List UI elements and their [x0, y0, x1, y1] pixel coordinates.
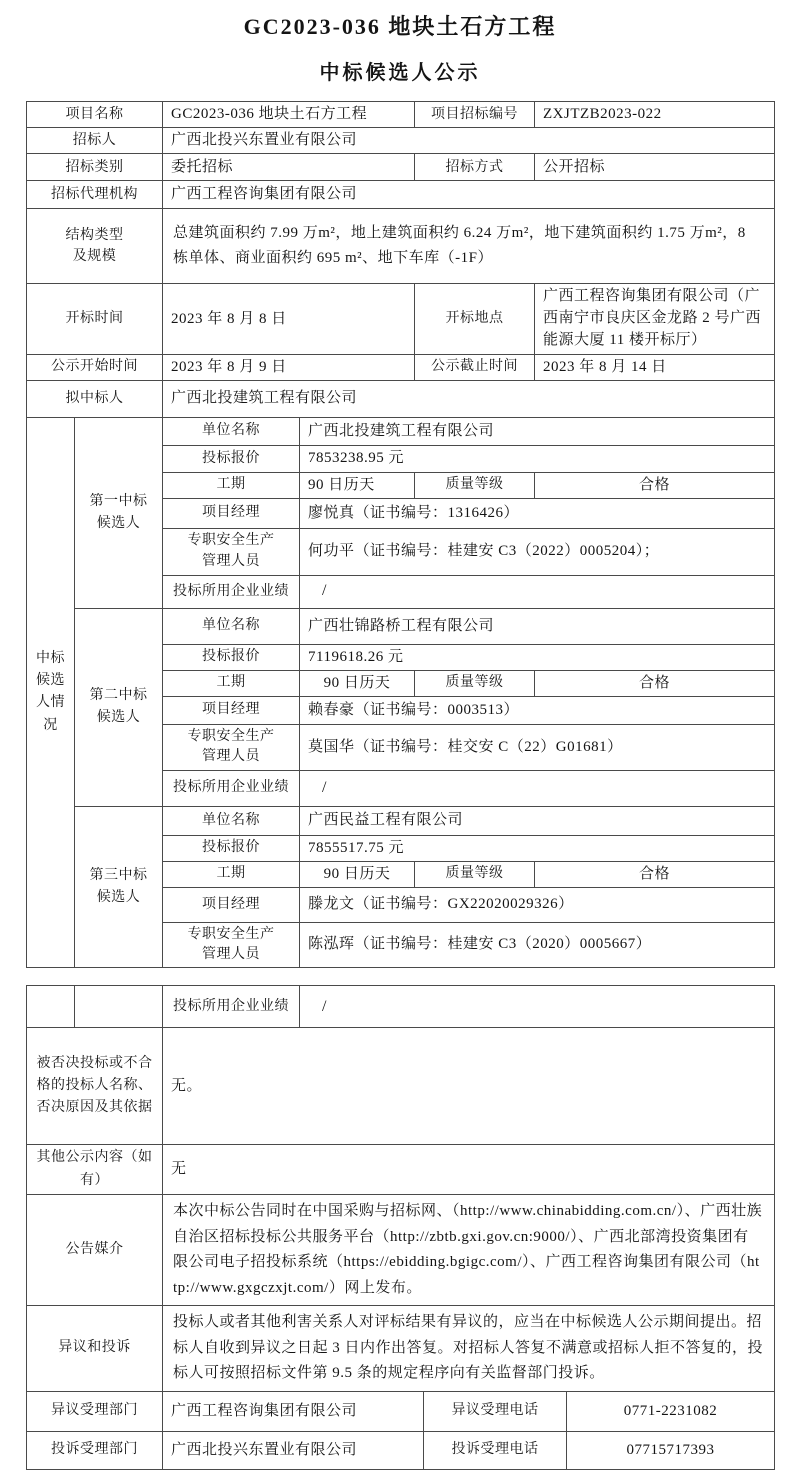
table-row: 公示开始时间 2023 年 8 月 9 日 公示截止时间 2023 年 8 月 …: [27, 354, 775, 380]
publicity-start-label: 公示开始时间: [27, 354, 163, 380]
candidate-2-safety-label-text: 专职安全生产管理人员: [186, 727, 276, 768]
publicity-start-value: 2023 年 8 月 9 日: [163, 354, 415, 380]
candidate-3-company-value: 广西民益工程有限公司: [300, 806, 775, 835]
candidate-3-duration-label: 工期: [163, 861, 300, 887]
publicity-end-value: 2023 年 8 月 14 日: [535, 354, 775, 380]
supplementary-table: 投标所用企业业绩 / 被否决投标或不合格的投标人名称、否决原因及其依据 无。 其…: [26, 985, 775, 1469]
candidate-1-rank-text: 第一中标候选人: [88, 491, 150, 534]
candidate-3-quality-value: 合格: [535, 861, 775, 887]
table-row: 招标代理机构 广西工程咨询集团有限公司: [27, 181, 775, 209]
candidate-1-safety-value: 何功平（证书编号：桂建安 C3（2022）0005204）；: [300, 528, 775, 575]
other-content-label: 其他公示内容（如有）: [27, 1145, 163, 1195]
rejected-bidders-label: 被否决投标或不合格的投标人名称、否决原因及其依据: [27, 1028, 163, 1145]
table-row: 被否决投标或不合格的投标人名称、否决原因及其依据 无。: [27, 1028, 775, 1145]
table-row: 异议受理部门 广西工程咨询集团有限公司 异议受理电话 0771-2231082: [27, 1391, 775, 1431]
objection-dept-value: 广西工程咨询集团有限公司: [163, 1391, 424, 1431]
structure-value: 总建筑面积约 7.99 万m²，地上建筑面积约 6.24 万m²，地下建筑面积约…: [163, 209, 775, 284]
method-value: 公开招标: [535, 154, 775, 181]
candidate-3-safety-value: 陈泓珲（证书编号：桂建安 C3（2020）0005667）: [300, 922, 775, 968]
candidate-2-performance-label: 投标所用企业业绩: [163, 770, 300, 806]
structure-label-text: 结构类型及规模: [64, 225, 126, 268]
publicity-end-label: 公示截止时间: [415, 354, 535, 380]
candidate-3-company-label: 单位名称: [163, 806, 300, 835]
table-row: 其他公示内容（如有） 无: [27, 1145, 775, 1195]
candidate-3-manager-value: 滕龙文（证书编号：GX22020029326）: [300, 887, 775, 922]
table-row: 第二中标候选人 单位名称 广西壮锦路桥工程有限公司: [27, 608, 775, 644]
table-row: 投诉受理部门 广西北投兴东置业有限公司 投诉受理电话 07715717393: [27, 1431, 775, 1469]
candidate-3-rank-text: 第三中标候选人: [88, 865, 150, 908]
proposed-winner-value: 广西北投建筑工程有限公司: [163, 380, 775, 417]
table-row: 结构类型及规模 总建筑面积约 7.99 万m²，地上建筑面积约 6.24 万m²…: [27, 209, 775, 284]
candidate-1-safety-label: 专职安全生产管理人员: [163, 528, 300, 575]
candidate-3-price-label: 投标报价: [163, 835, 300, 861]
candidate-2-quality-label: 质量等级: [415, 670, 535, 696]
candidate-3-quality-label: 质量等级: [415, 861, 535, 887]
tenderee-label: 招标人: [27, 128, 163, 154]
candidate-2-manager-value: 赖春豪（证书编号：0003513）: [300, 696, 775, 724]
page-subtitle: 中标候选人公示: [0, 61, 800, 85]
open-place-value: 广西工程咨询集团有限公司（广西南宁市良庆区金龙路 2 号广西能源大厦 11 楼开…: [535, 284, 775, 354]
candidate-2-price-value: 7119618.26 元: [300, 644, 775, 670]
other-content-value: 无: [163, 1145, 775, 1195]
objection-phone-value: 0771-2231082: [567, 1391, 775, 1431]
announcement-page: GC2023-036 地块土石方工程 中标候选人公示 项目名称 GC2023-0…: [0, 0, 800, 1470]
candidate-2-rank-label: 第二中标候选人: [75, 608, 163, 806]
table-row: 开标时间 2023 年 8 月 8 日 开标地点 广西工程咨询集团有限公司（广西…: [27, 284, 775, 354]
candidate-1-quality-value: 合格: [535, 472, 775, 498]
table-row: 中标候选人情况 第一中标候选人 单位名称 广西北投建筑工程有限公司: [27, 417, 775, 445]
objection-phone-label: 异议受理电话: [424, 1391, 567, 1431]
candidate-1-duration-label: 工期: [163, 472, 300, 498]
objection-value: 投标人或者其他利害关系人对评标结果有异议的，应当在中标候选人公示期间提出。招标人…: [163, 1306, 775, 1392]
candidate-3-manager-label: 项目经理: [163, 887, 300, 922]
agency-value: 广西工程咨询集团有限公司: [163, 181, 775, 209]
candidate-2-duration-label: 工期: [163, 670, 300, 696]
objection-dept-label: 异议受理部门: [27, 1391, 163, 1431]
table-row: 招标人 广西北投兴东置业有限公司: [27, 128, 775, 154]
proposed-winner-label: 拟中标人: [27, 380, 163, 417]
candidate-2-manager-label: 项目经理: [163, 696, 300, 724]
candidate-1-manager-label: 项目经理: [163, 498, 300, 528]
candidate-2-duration-value: 90 日历天: [300, 670, 415, 696]
candidate-3-performance-value: /: [300, 986, 775, 1028]
tenderee-value: 广西北投兴东置业有限公司: [163, 128, 775, 154]
candidate-2-company-value: 广西壮锦路桥工程有限公司: [300, 608, 775, 644]
open-time-value: 2023 年 8 月 8 日: [163, 284, 415, 354]
candidate-1-manager-value: 廖悦真（证书编号：1316426）: [300, 498, 775, 528]
rejected-bidders-label-text: 被否决投标或不合格的投标人名称、否决原因及其依据: [35, 1053, 154, 1120]
candidate-3-price-value: 7855517.75 元: [300, 835, 775, 861]
bid-code-value: ZXJTZB2023-022: [535, 102, 775, 128]
open-time-label: 开标时间: [27, 284, 163, 354]
page-title: GC2023-036 地块土石方工程: [0, 14, 800, 40]
project-name-value: GC2023-036 地块土石方工程: [163, 102, 415, 128]
bid-code-label: 项目招标编号: [415, 102, 535, 128]
candidate-2-performance-value: /: [300, 770, 775, 806]
table-row: 第三中标候选人 单位名称 广西民益工程有限公司: [27, 806, 775, 835]
table-row: 招标类别 委托招标 招标方式 公开招标: [27, 154, 775, 181]
candidate-1-performance-value: /: [300, 575, 775, 608]
complaint-dept-label: 投诉受理部门: [27, 1431, 163, 1469]
empty-cell: [75, 986, 163, 1028]
candidates-section-label-text: 中标候选人情况: [34, 648, 66, 738]
category-value: 委托招标: [163, 154, 415, 181]
table-row: 拟中标人 广西北投建筑工程有限公司: [27, 380, 775, 417]
candidate-1-price-value: 7853238.95 元: [300, 445, 775, 472]
media-label: 公告媒介: [27, 1195, 163, 1306]
candidate-1-company-label: 单位名称: [163, 417, 300, 445]
candidate-3-duration-value: 90 日历天: [300, 861, 415, 887]
candidate-3-safety-label-text: 专职安全生产管理人员: [186, 925, 276, 966]
main-info-table: 项目名称 GC2023-036 地块土石方工程 项目招标编号 ZXJTZB202…: [26, 101, 775, 968]
agency-label: 招标代理机构: [27, 181, 163, 209]
candidate-2-price-label: 投标报价: [163, 644, 300, 670]
candidate-3-safety-label: 专职安全生产管理人员: [163, 922, 300, 968]
empty-cell: [27, 986, 75, 1028]
candidate-2-quality-value: 合格: [535, 670, 775, 696]
complaint-phone-label: 投诉受理电话: [424, 1431, 567, 1469]
candidate-1-duration-value: 90 日历天: [300, 472, 415, 498]
table-row: 公告媒介 本次中标公告同时在中国采购与招标网、（http://www.china…: [27, 1195, 775, 1306]
method-label: 招标方式: [415, 154, 535, 181]
candidate-1-quality-label: 质量等级: [415, 472, 535, 498]
candidate-3-rank-label: 第三中标候选人: [75, 806, 163, 968]
project-name-label: 项目名称: [27, 102, 163, 128]
candidate-1-rank-label: 第一中标候选人: [75, 417, 163, 608]
table-row: 项目名称 GC2023-036 地块土石方工程 项目招标编号 ZXJTZB202…: [27, 102, 775, 128]
candidate-1-company-value: 广西北投建筑工程有限公司: [300, 417, 775, 445]
candidate-1-price-label: 投标报价: [163, 445, 300, 472]
structure-label: 结构类型及规模: [27, 209, 163, 284]
candidate-3-performance-label: 投标所用企业业绩: [163, 986, 300, 1028]
candidate-2-rank-text: 第二中标候选人: [88, 685, 150, 728]
category-label: 招标类别: [27, 154, 163, 181]
other-content-label-text: 其他公示内容（如有）: [35, 1147, 154, 1192]
table-row: 投标所用企业业绩 /: [27, 986, 775, 1028]
candidate-2-safety-label: 专职安全生产管理人员: [163, 724, 300, 770]
rejected-bidders-value: 无。: [163, 1028, 775, 1145]
media-value: 本次中标公告同时在中国采购与招标网、（http://www.chinabiddi…: [163, 1195, 775, 1306]
candidate-2-safety-value: 莫国华（证书编号：桂交安 C（22）G01681）: [300, 724, 775, 770]
candidates-section-label: 中标候选人情况: [27, 417, 75, 968]
candidate-2-company-label: 单位名称: [163, 608, 300, 644]
complaint-dept-value: 广西北投兴东置业有限公司: [163, 1431, 424, 1469]
candidate-1-safety-label-text: 专职安全生产管理人员: [186, 531, 276, 572]
objection-label: 异议和投诉: [27, 1306, 163, 1392]
complaint-phone-value: 07715717393: [567, 1431, 775, 1469]
open-place-label: 开标地点: [415, 284, 535, 354]
table-row: 异议和投诉 投标人或者其他利害关系人对评标结果有异议的，应当在中标候选人公示期间…: [27, 1306, 775, 1392]
candidate-1-performance-label: 投标所用企业业绩: [163, 575, 300, 608]
